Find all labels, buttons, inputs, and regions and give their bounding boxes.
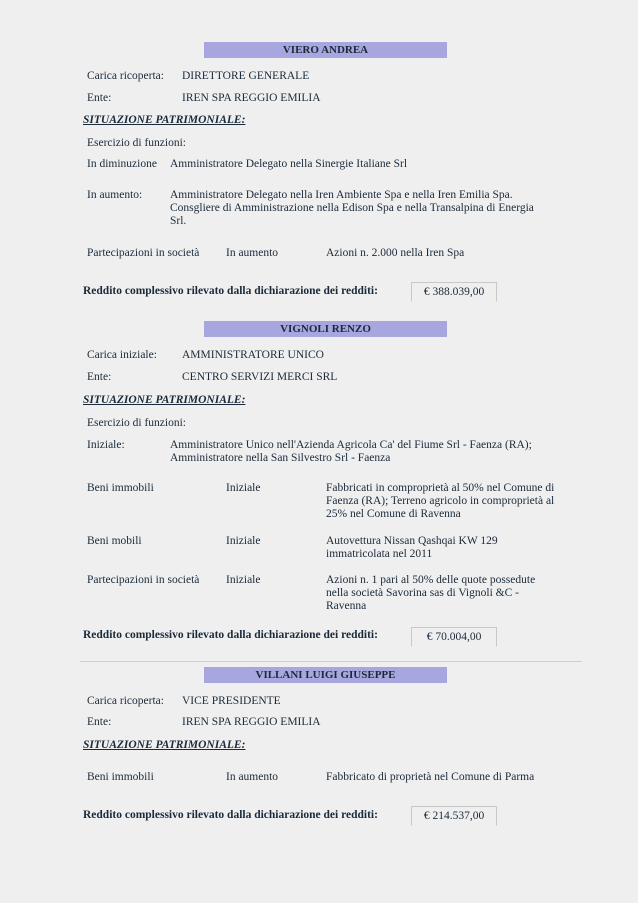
functions-label: Esercizio di funzioni:	[87, 137, 186, 149]
role-value: DIRETTORE GENERALE	[182, 70, 309, 82]
income-value: € 388.039,00	[411, 282, 497, 302]
section-heading: SITUAZIONE PATRIMONIALE:	[83, 114, 245, 126]
entity-value: IREN SPA REGGIO EMILIA	[182, 92, 321, 104]
role-value: VICE PRESIDENTE	[182, 695, 281, 707]
asset-type: Iniziale	[226, 535, 260, 547]
income-label: Reddito complessivo rilevato dalla dichi…	[83, 809, 378, 821]
function-type: In diminuzione	[87, 158, 157, 170]
asset-type: Iniziale	[226, 482, 260, 494]
section-heading: SITUAZIONE PATRIMONIALE:	[83, 739, 245, 751]
entity-label: Ente:	[87, 92, 111, 104]
person-name-banner: VIERO ANDREA	[204, 42, 447, 58]
functions-label: Esercizio di funzioni:	[87, 417, 186, 429]
income-value: € 214.537,00	[411, 806, 497, 826]
function-type: In aumento:	[87, 189, 142, 201]
asset-type: In aumento	[226, 771, 278, 783]
role-value: AMMINISTRATORE UNICO	[182, 349, 324, 361]
function-description: Amministratore Unico nell'Azienda Agrico…	[170, 439, 532, 465]
function-description: Amministratore Delegato nella Iren Ambie…	[170, 189, 534, 228]
asset-category: Partecipazioni in società	[87, 574, 199, 586]
income-value: € 70.004,00	[411, 627, 497, 647]
person-name-banner: VIGNOLI RENZO	[204, 321, 447, 337]
asset-category: Beni immobili	[87, 771, 154, 783]
asset-description: Autovettura Nissan Qashqai KW 129 immatr…	[326, 535, 498, 561]
function-description: Amministratore Delegato nella Sinergie I…	[170, 158, 407, 171]
income-label: Reddito complessivo rilevato dalla dichi…	[83, 629, 378, 641]
entity-label: Ente:	[87, 716, 111, 728]
role-label: Carica ricoperta:	[87, 70, 164, 82]
entity-value: CENTRO SERVIZI MERCI SRL	[182, 371, 337, 383]
person-name-banner: VILLANI LUIGI GIUSEPPE	[204, 667, 447, 683]
role-label: Carica iniziale:	[87, 349, 157, 361]
income-label: Reddito complessivo rilevato dalla dichi…	[83, 285, 378, 297]
asset-description: Fabbricati in comproprietà al 50% nel Co…	[326, 482, 554, 521]
section-heading: SITUAZIONE PATRIMONIALE:	[83, 394, 245, 406]
asset-description: Azioni n. 1 pari al 50% delle quote poss…	[326, 574, 535, 613]
asset-description: Azioni n. 2.000 nella Iren Spa	[326, 247, 464, 260]
asset-description: Fabbricato di proprietà nel Comune di Pa…	[326, 771, 534, 784]
entity-label: Ente:	[87, 371, 111, 383]
asset-type: Iniziale	[226, 574, 260, 586]
entity-value: IREN SPA REGGIO EMILIA	[182, 716, 321, 728]
asset-category: Partecipazioni in società	[87, 247, 199, 259]
role-label: Carica ricoperta:	[87, 695, 164, 707]
function-type: Iniziale:	[87, 439, 125, 451]
asset-category: Beni mobili	[87, 535, 142, 547]
asset-category: Beni immobili	[87, 482, 154, 494]
asset-type: In aumento	[226, 247, 278, 259]
section-divider	[80, 661, 582, 662]
